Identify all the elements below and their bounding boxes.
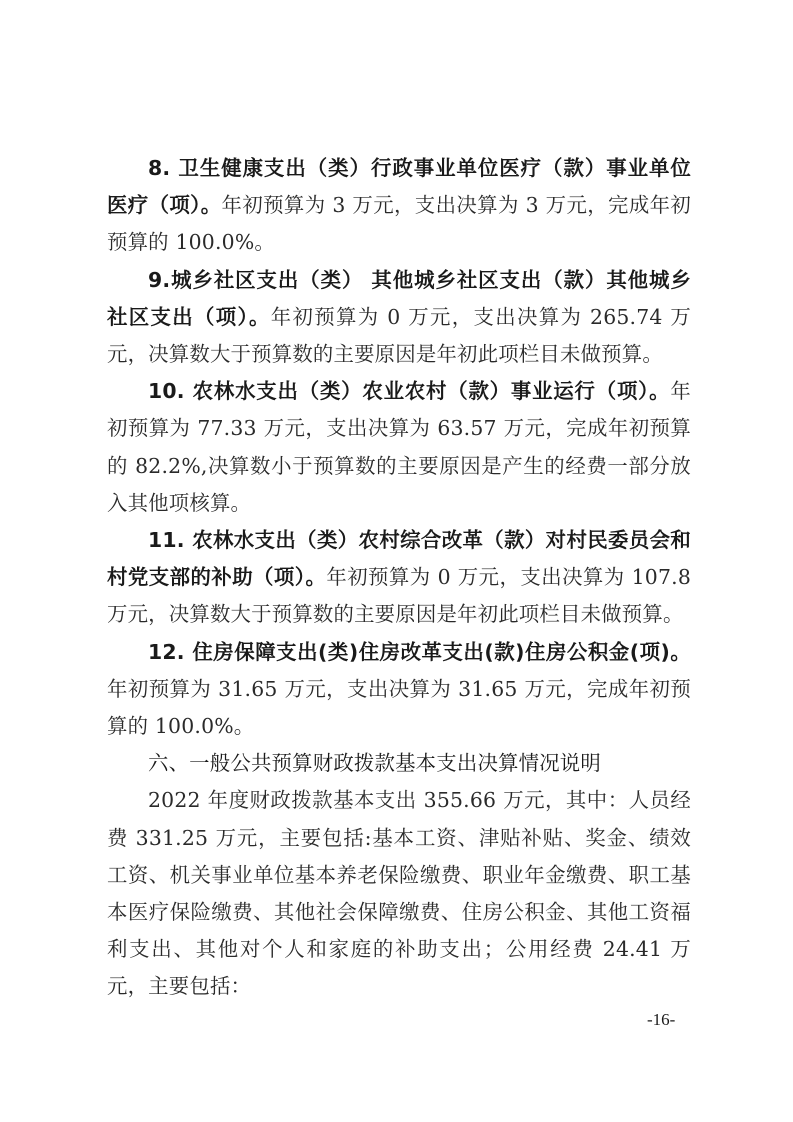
section-heading: 六、一般公共预算财政拨款基本支出决算情况说明	[107, 745, 691, 782]
item-title: 12. 住房保障支出(类)住房改革支出(款)住房公积金(项)。	[148, 640, 691, 664]
budget-item-12: 12. 住房保障支出(类)住房改革支出(款)住房公积金(项)。年初预算为 31.…	[107, 634, 691, 746]
budget-item-11: 11. 农林水支出（类）农村综合改革（款）对村民委员会和村党支部的补助（项）。年…	[107, 522, 691, 634]
budget-item-8: 8. 卫生健康支出（类）行政事业单位医疗（款）事业单位医疗（项）。年初预算为 3…	[107, 150, 691, 262]
document-page: 8. 卫生健康支出（类）行政事业单位医疗（款）事业单位医疗（项）。年初预算为 3…	[107, 150, 691, 1006]
section-body: 2022 年度财政拨款基本支出 355.66 万元，其中：人员经费 331.25…	[107, 782, 691, 1005]
page-number: -16-	[647, 1010, 675, 1030]
budget-item-10: 10. 农林水支出（类）农业农村（款）事业运行（项）。年初预算为 77.33 万…	[107, 373, 691, 522]
item-body: 年初预算为 31.65 万元，支出决算为 31.65 万元，完成年初预算的 10…	[107, 677, 691, 738]
budget-item-9: 9.城乡社区支出（类） 其他城乡社区支出（款）其他城乡社区支出（项）。年初预算为…	[107, 262, 691, 374]
item-title: 10. 农林水支出（类）农业农村（款）事业运行（项）。	[148, 379, 670, 403]
